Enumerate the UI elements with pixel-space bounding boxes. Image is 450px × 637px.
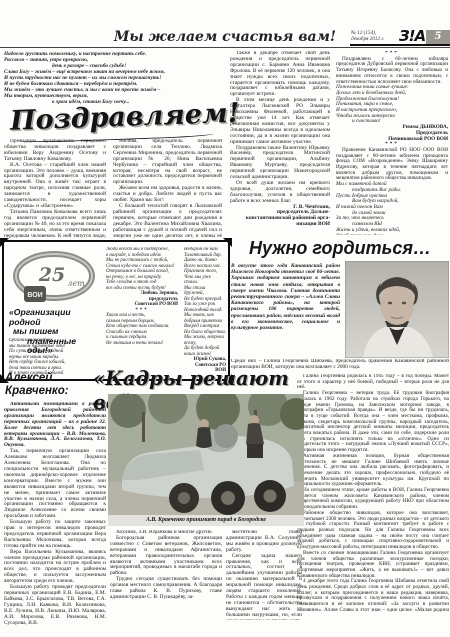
- text-line: Что мы уже стали.: [184, 275, 226, 286]
- text-line: Желаем всем им здоровья, радости в жизни…: [113, 186, 222, 204]
- text-line: Не знавшим и тени печали!: [106, 341, 178, 347]
- oda-verse-column-1: Организации родноймы пишем пламенные оды…: [9, 338, 101, 374]
- kadry-column-3: местителю главы администрации В.А. Солун…: [226, 530, 302, 620]
- gorditsya-headline: Нужно гордиться…: [235, 237, 445, 259]
- text-line: 4 декабря этого года Галина Георгиевна Ш…: [297, 579, 449, 614]
- text-line: От всей души желаем им крепкого здоровья…: [230, 181, 330, 205]
- box-corner-ornament: [223, 238, 232, 247]
- text-line: Отправимся в большой поход,: [106, 269, 178, 275]
- top-poem: Надоело грустить помаленьку, и настроени…: [4, 51, 222, 105]
- text-line: Татьяна Павловна Ковалкова всего лишь го…: [4, 210, 106, 238]
- kadry-column-2: Хохлина, З.И. Юранкова и многие другие.Б…: [110, 530, 222, 634]
- text-line: Поздравляем также Валентину Юрьевну Васе…: [230, 146, 330, 181]
- issue-date: декабря 2012 г.: [351, 36, 397, 42]
- text-line: Активными помощниками в работе правления…: [4, 402, 106, 449]
- oda-box: 25 лет ВОИ «Организации родной мы пишем …: [2, 240, 230, 381]
- text-line: Сегодня задача нашего правления, как и в…: [226, 554, 302, 620]
- text-line: Люди всегда мы в поддержке,: [106, 247, 178, 253]
- svg-text:лет: лет: [67, 279, 85, 288]
- text-line: На сегодняшнем этапе, кроме работы в ВОИ…: [297, 488, 449, 511]
- gorditsya-intro: В августе этого года Канавинский район Н…: [231, 263, 340, 358]
- text-line: Также в декабре отмечает свой день рожде…: [230, 51, 330, 98]
- svg-text:25: 25: [38, 264, 65, 286]
- oda-verse-column-2: Люди всегда мы в поддержке,в награде, к …: [106, 247, 178, 373]
- text-line: Богородская районная организация совмест…: [110, 536, 222, 577]
- text-line: Мелова, председатель первичной организац…: [113, 139, 222, 186]
- text-line: Активная жизненная позиция, бурная общес…: [297, 454, 449, 488]
- text-line: Кто общество нам создавали.: [106, 324, 178, 330]
- text-line: В этом месяце день рождения и у бухгалте…: [230, 98, 330, 145]
- text-line: Галина Георгиевна родилась в 1945 году –…: [297, 374, 449, 391]
- page-motto: Мы желаем счастья вам!: [95, 29, 355, 45]
- text-line: Большую работу проводят председатели пер…: [4, 585, 106, 626]
- parade-photo: А.В. Кравченко принимает парад в Богород…: [108, 394, 304, 526]
- text-line: Поздравляем с 60-летием юбиляра председа…: [336, 57, 448, 86]
- text-line: С большой теплотой говорят в Лысковской …: [113, 204, 222, 238]
- header-rule: [0, 47, 450, 48]
- text-line: Галина Георгиевна – ветеран труда. Её тр…: [297, 391, 449, 454]
- oda-verse-column-3: Недаром он намТалантливый дар.Давно ли, …: [184, 247, 226, 373]
- text-line: низации ВОИ: [230, 222, 330, 228]
- gorditsya-body: Галина Георгиевна родилась в 1945 году –…: [297, 374, 449, 614]
- text-line: Правление Канавинской РО НОО ООО ВОИ поз…: [336, 148, 448, 182]
- shibaeva-portrait-photo: [345, 261, 449, 358]
- kadry-column-1: Активными помощниками в работе правления…: [4, 402, 106, 634]
- photo-caption: А.В. Кравченко принимает парад в Богород…: [108, 515, 304, 526]
- congrats-column-4: ***Поздравляем с 60-летием юбиляра предс…: [336, 51, 448, 235]
- newspaper-page: Мы желаем счастья вам! № 12 (154), декаб…: [0, 0, 450, 637]
- page-number-badge: 5: [426, 30, 450, 44]
- text-line: местителю главы администрации В.А. Солун…: [226, 530, 302, 554]
- issue-info: № 12 (154), декабря 2012 г.: [351, 30, 397, 42]
- text-line: Мы не расставались с тобой,: [106, 258, 178, 264]
- box-corner-ornament: [0, 238, 9, 247]
- text-line: Мы живы, вопреки всему,: [184, 335, 226, 346]
- text-line: Так, первичную организацию села Алешково…: [4, 449, 106, 520]
- svg-text:ВОИ: ВОИ: [27, 292, 42, 299]
- text-line: Вместе со своими помощниками Галина Геор…: [297, 551, 449, 580]
- text-line: Президиум Кулебакского городского общест…: [4, 139, 106, 163]
- kadry-author-name: Алексей Кравченко:: [5, 372, 97, 397]
- congrats-column-1: Президиум Кулебакского городского общест…: [4, 139, 106, 238]
- text-line: Мы стали дружней,: [184, 286, 226, 297]
- congrats-column-3: Также в декабре отмечает свой день рожде…: [230, 51, 330, 235]
- text-line: Трудно сегодня существовать без помощи о…: [110, 577, 222, 601]
- masthead-logo: З!А: [399, 28, 427, 44]
- text-line: Большую работу по защите законных прав и…: [4, 520, 106, 550]
- text-line: Чтоб спорилось дело: [336, 234, 448, 236]
- text-line: Районное общество инвалидов, которое она…: [297, 511, 449, 551]
- congrats-column-2: Мелова, председатель первичной организац…: [113, 139, 222, 238]
- text-line: Вера Васильевна Кулыманова, являясь член…: [4, 550, 106, 585]
- voi-25-years-logo-icon: 25 лет ВОИ: [12, 250, 96, 306]
- text-line: Да будет доброй наша жизнь!: [184, 346, 226, 357]
- header-rule-accent: [350, 44, 450, 46]
- text-line: В.А. Осетова – старейший член нашей орга…: [4, 163, 106, 210]
